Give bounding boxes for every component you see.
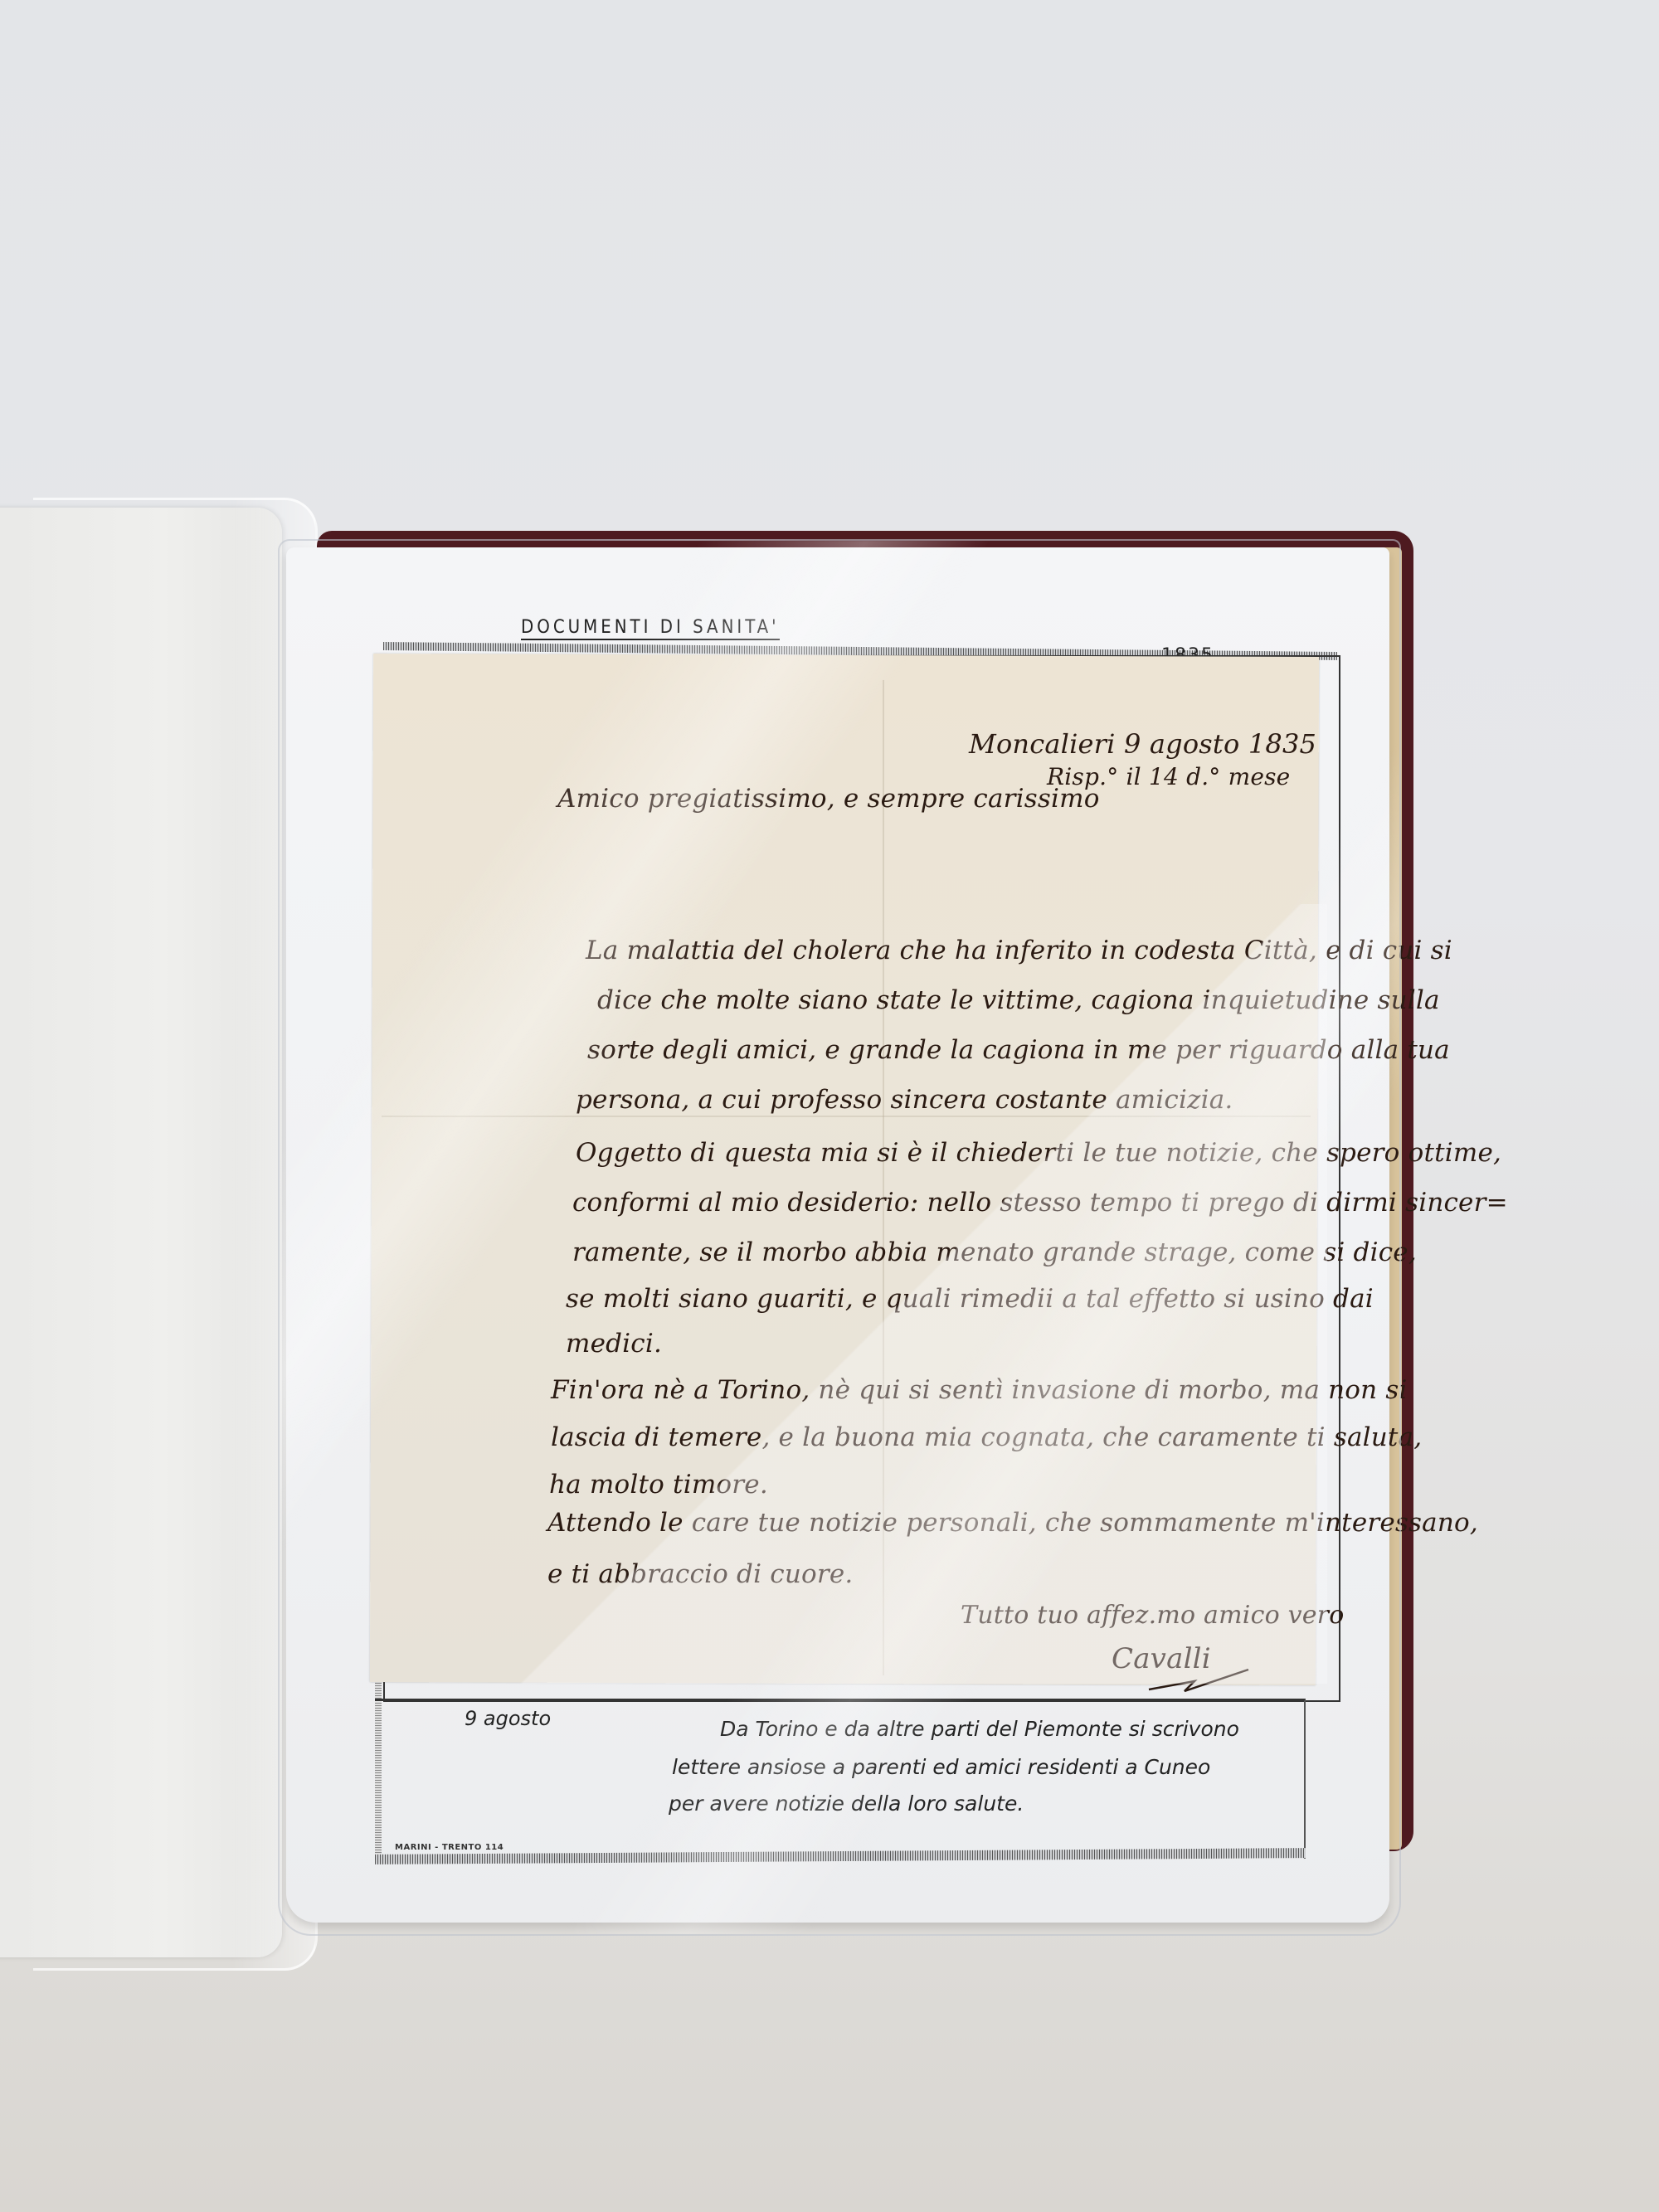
plastic-sleeve (278, 539, 1401, 1936)
facing-page-sleeve (33, 498, 318, 1971)
